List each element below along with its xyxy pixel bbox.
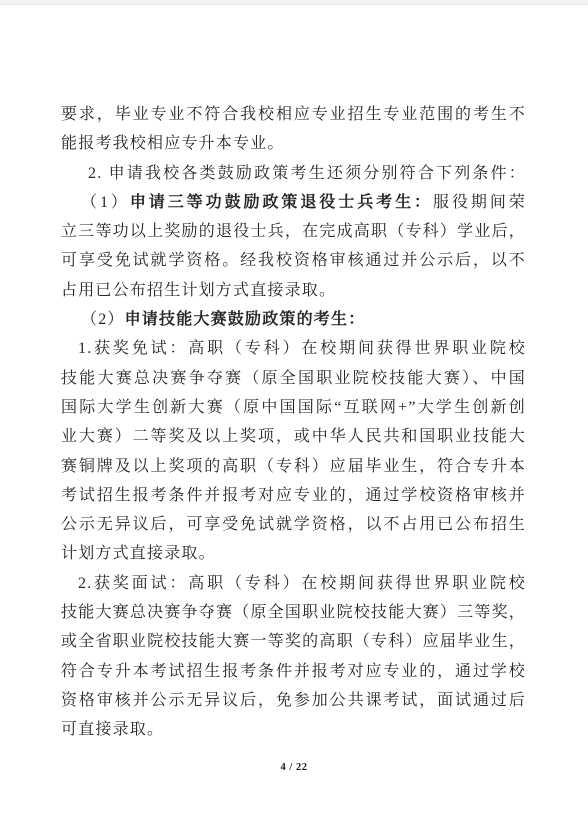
text-line: 技能大赛总决赛争夺赛（原全国职业院校技能大赛）、中国 xyxy=(61,364,526,393)
page-footer: 4 / 22 xyxy=(0,761,588,775)
body-text: 1.获奖免试：高职（专科）在校期间获得世界职业院校 xyxy=(78,340,526,357)
text-line: 立三等功以上奖励的退役士兵，在完成高职（专科）学业后， xyxy=(61,217,526,246)
text-line: 2.获奖面试：高职（专科）在校期间获得世界职业院校 xyxy=(61,569,526,598)
body-text: 服役期间荣 xyxy=(433,194,526,211)
body-text: 立三等功以上奖励的退役士兵，在完成高职（专科）学业后， xyxy=(61,223,526,240)
text-line: 可享受免试就学资格。经我校资格审核通过并公示后，以不 xyxy=(61,246,526,275)
emphasis-text: 申请三等功鼓励政策退役士兵考生： xyxy=(130,194,433,211)
text-line: 业大赛）二等奖及以上奖项，或中华人民共和国职业技能大 xyxy=(61,422,526,451)
text-line: 赛铜牌及以上奖项的高职（专科）应届毕业生，符合专升本 xyxy=(61,452,526,481)
body-text: 国际大学生创新大赛（原中国国际“互联网+”大学生创新创 xyxy=(61,399,526,416)
text-line: 1.获奖免试：高职（专科）在校期间获得世界职业院校 xyxy=(61,334,526,363)
body-text: 或全省职业院校技能大赛一等奖的高职（专科）应届毕业生， xyxy=(61,633,526,650)
text-line: 要求，毕业专业不符合我校相应专业招生专业范围的考生不 xyxy=(61,100,526,129)
body-text: 可直接录取。 xyxy=(61,721,164,738)
body-text: 要求，毕业专业不符合我校相应专业招生专业范围的考生不 xyxy=(61,106,526,123)
text-line: 国际大学生创新大赛（原中国国际“互联网+”大学生创新创 xyxy=(61,393,526,422)
text-line: （1）申请三等功鼓励政策退役士兵考生：服役期间荣 xyxy=(61,188,526,217)
body-text: 符合专升本考试招生报考条件并报考对应专业的，通过学校 xyxy=(61,663,526,680)
text-line: 可直接录取。 xyxy=(61,715,526,744)
text-line: 能报考我校相应专升本专业。 xyxy=(61,129,526,158)
body-text: 考试招生报考条件并报考对应专业的，通过学校资格审核并 xyxy=(61,487,526,504)
body-text: 2.获奖面试：高职（专科）在校期间获得世界职业院校 xyxy=(78,575,526,592)
body-text: 技能大赛总决赛争夺赛（原全国职业院校技能大赛）三等奖， xyxy=(61,604,526,621)
text-line: 或全省职业院校技能大赛一等奖的高职（专科）应届毕业生， xyxy=(61,627,526,656)
body-text: 可享受免试就学资格。经我校资格审核通过并公示后，以不 xyxy=(61,252,526,269)
text-line: 占用已公布招生计划方式直接录取。 xyxy=(61,276,526,305)
body-text: 能报考我校相应专升本专业。 xyxy=(61,135,285,152)
body-text: （2） xyxy=(81,311,125,328)
body-text: （1） xyxy=(81,194,130,211)
body-text: 技能大赛总决赛争夺赛（原全国职业院校技能大赛）、中国 xyxy=(61,370,526,387)
page-number: 4 / 22 xyxy=(281,762,308,773)
text-line: 技能大赛总决赛争夺赛（原全国职业院校技能大赛）三等奖， xyxy=(61,598,526,627)
text-body: 要求，毕业专业不符合我校相应专业招生专业范围的考生不能报考我校相应专升本专业。2… xyxy=(61,100,526,745)
text-line: 资格审核并公示无异议后，免参加公共课考试，面试通过后 xyxy=(61,686,526,715)
text-line: （2）申请技能大赛鼓励政策的考生： xyxy=(61,305,526,334)
body-text: 公示无异议后，可享受免试就学资格，以不占用已公布招生 xyxy=(61,516,526,533)
text-line: 计划方式直接录取。 xyxy=(61,539,526,568)
text-line: 公示无异议后，可享受免试就学资格，以不占用已公布招生 xyxy=(61,510,526,539)
body-text: 计划方式直接录取。 xyxy=(61,545,216,562)
emphasis-text: 申请技能大赛鼓励政策的考生： xyxy=(125,311,366,328)
body-text: 占用已公布招生计划方式直接录取。 xyxy=(61,282,336,299)
body-text: 2. 申请我校各类鼓励政策考生还须分别符合下列条件： xyxy=(88,165,526,182)
body-text: 业大赛）二等奖及以上奖项，或中华人民共和国职业技能大 xyxy=(61,428,526,445)
body-text: 赛铜牌及以上奖项的高职（专科）应届毕业生，符合专升本 xyxy=(61,458,526,475)
text-line: 考试招生报考条件并报考对应专业的，通过学校资格审核并 xyxy=(61,481,526,510)
document-page: 要求，毕业专业不符合我校相应专业招生专业范围的考生不能报考我校相应专升本专业。2… xyxy=(0,0,588,825)
page-background: { "colors": { "text": "#262626", "page_b… xyxy=(0,0,588,825)
text-line: 符合专升本考试招生报考条件并报考对应专业的，通过学校 xyxy=(61,657,526,686)
body-text: 资格审核并公示无异议后，免参加公共课考试，面试通过后 xyxy=(61,692,526,709)
text-line: 2. 申请我校各类鼓励政策考生还须分别符合下列条件： xyxy=(61,159,526,188)
